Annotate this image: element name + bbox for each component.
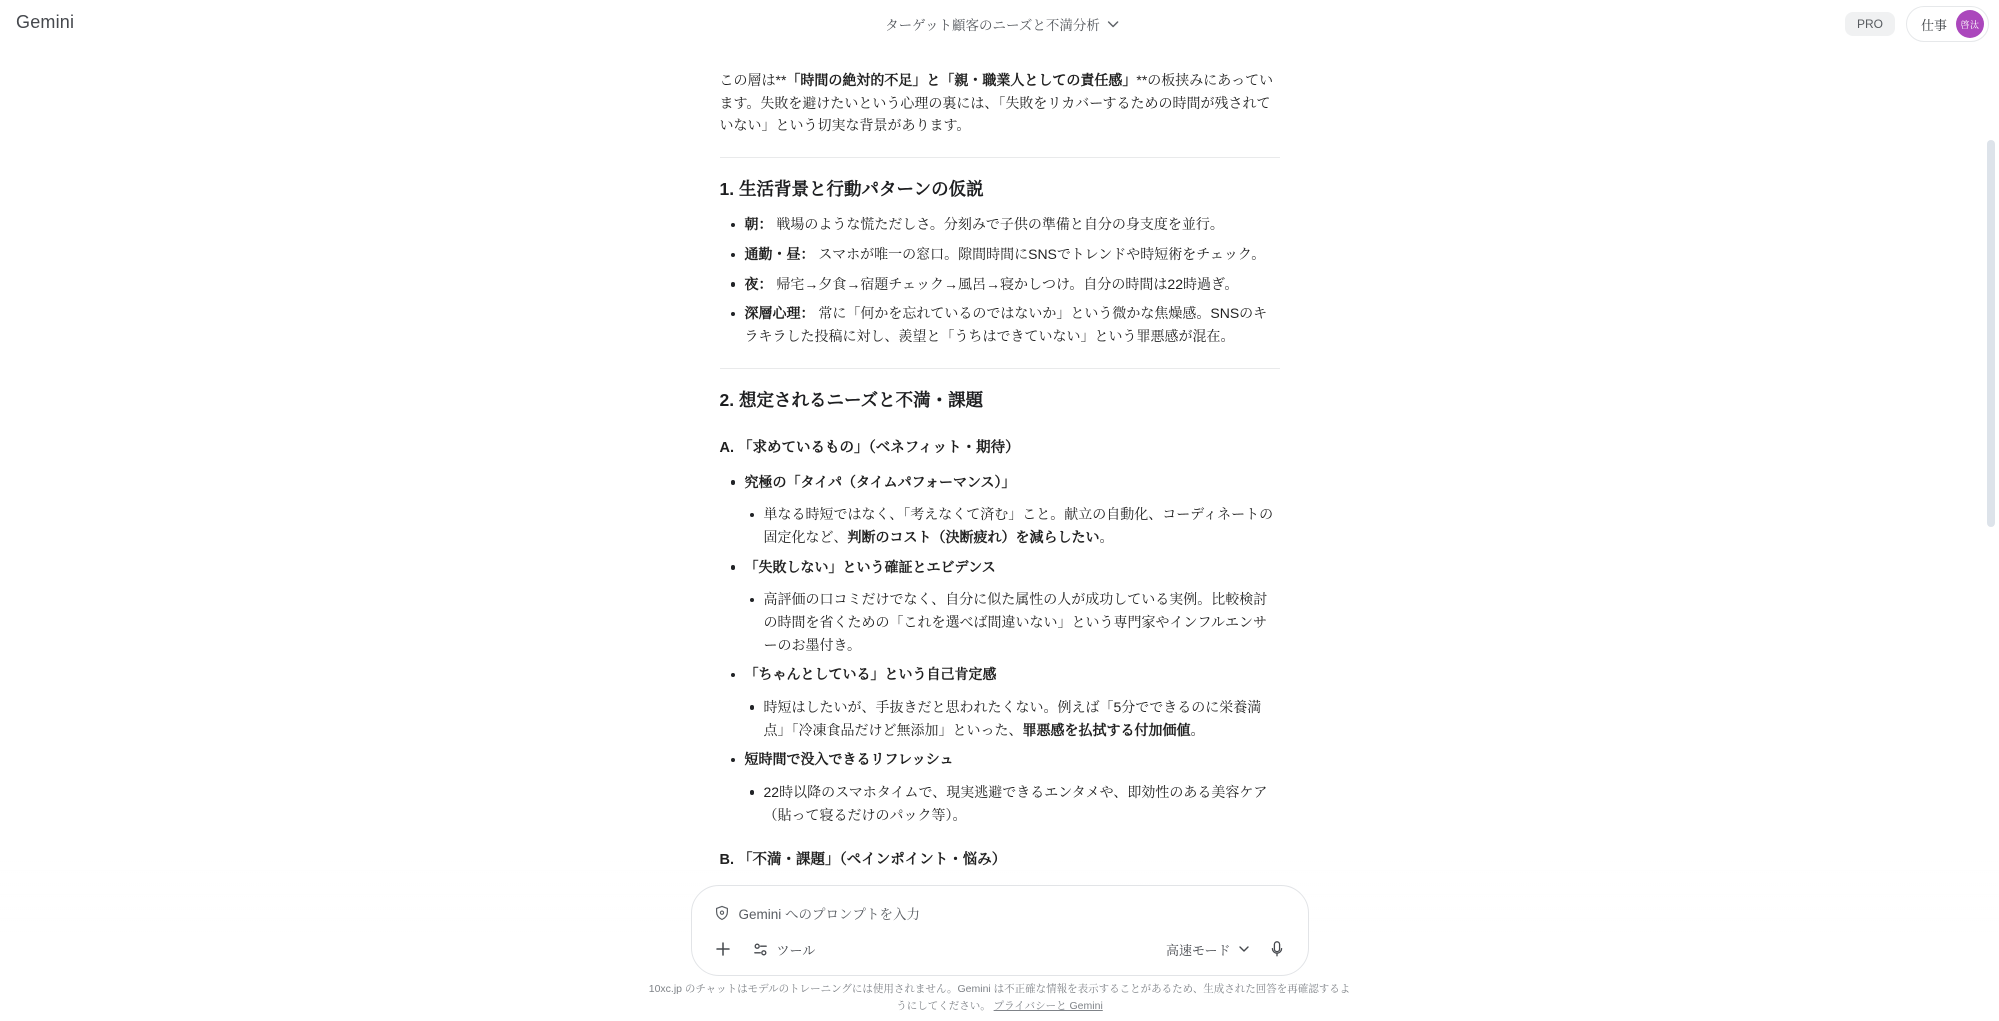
bold-text: 判断のコスト（決断疲れ）を減らしたい xyxy=(848,529,1100,545)
bold-text: 罪悪感を払拭する付加価値 xyxy=(1023,722,1191,738)
sub-bullet-list: 時短はしたいが、手抜きだと思われたくない。例えば「5分でできるのに栄養満点」「冷… xyxy=(745,696,1280,741)
sub-bullet-list: 高評価の口コミだけでなく、自分に似た属性の人が成功している実例。比較検討の時間を… xyxy=(745,588,1280,656)
sub-bullet-list: 単なる時短ではなく、「考えなくて済む」こと。献立の自動化、コーディネートの固定化… xyxy=(745,503,1280,548)
text-span: 。 xyxy=(1100,529,1114,545)
bullet-item: 夜： 帰宅→夕食→宿題チェック→風呂→寝かしつけ。自分の時間は22時過ぎ。 xyxy=(745,273,1280,296)
paragraph: この層は**「時間の絶対的不足」と「親・職業人としての責任感」**の板挟みにあっ… xyxy=(720,69,1280,137)
bold-text: 究極の「タイパ（タイムパフォーマンス）」 xyxy=(745,474,1016,490)
mic-button[interactable] xyxy=(1259,931,1295,967)
header-right-cluster: PRO 仕事 啓汰 xyxy=(1845,6,1989,42)
add-attachment-button[interactable] xyxy=(705,931,741,967)
chat-scroll-area[interactable]: この層は**「時間の絶対的不足」と「親・職業人としての責任感」**の板挟みにあっ… xyxy=(0,48,1999,1021)
text-span: 常に「何かを忘れているのではないか」という微かな焦燥感。SNSのキラキラした投稿… xyxy=(745,305,1268,344)
bold-text: 「失敗しない」という確証とエビデンス xyxy=(745,559,996,575)
bullet-item: 短時間で没入できるリフレッシュ22時以降のスマホタイムで、現実逃避できるエンタメ… xyxy=(745,748,1280,826)
sub-bullet-list: 22時以降のスマホタイムで、現実逃避できるエンタメや、即効性のある美容ケア（貼っ… xyxy=(745,781,1280,826)
section-divider xyxy=(720,157,1280,158)
bold-text: 「ちゃんとしている」という自己肯定感 xyxy=(745,666,997,682)
mode-selector[interactable]: 高速モード xyxy=(1156,932,1258,967)
gemini-logo: Gemini xyxy=(16,12,74,33)
bullet-item: 「ちゃんとしている」という自己肯定感時短はしたいが、手抜きだと思われたくない。例… xyxy=(745,663,1280,741)
bullet-item: 深層心理： 常に「何かを忘れているのではないか」という微かな焦燥感。SNSのキラ… xyxy=(745,302,1280,347)
subsection-heading: B. 「不満・課題」（ペインポイント・悩み） xyxy=(720,849,1280,872)
bold-text: 短時間で没入できるリフレッシュ xyxy=(745,751,954,767)
plus-icon xyxy=(714,940,732,958)
tools-button[interactable]: ツール xyxy=(741,932,827,967)
sub-bullet-item: 高評価の口コミだけでなく、自分に似た属性の人が成功している実例。比較検討の時間を… xyxy=(764,588,1280,656)
account-switcher[interactable]: 仕事 啓汰 xyxy=(1906,6,1989,42)
text-span: 高評価の口コミだけでなく、自分に似た属性の人が成功している実例。比較検討の時間を… xyxy=(764,591,1268,652)
bullet-item: 通勤・昼： スマホが唯一の窓口。隙間時間にSNSでトレンドや時短術をチェック。 xyxy=(745,243,1280,266)
bold-text: 朝： xyxy=(745,216,773,232)
section-divider xyxy=(720,368,1280,369)
avatar[interactable]: 啓汰 xyxy=(1956,10,1984,38)
sub-bullet-item: 22時以降のスマホタイムで、現実逃避できるエンタメや、即効性のある美容ケア（貼っ… xyxy=(764,781,1280,826)
bold-text: 深層心理： xyxy=(745,305,815,321)
bullet-item: 「失敗しない」という確証とエビデンス高評価の口コミだけでなく、自分に似た属性の人… xyxy=(745,556,1280,657)
subsection-heading: A. 「求めているもの」（ベネフィット・期待） xyxy=(720,437,1280,460)
sliders-icon xyxy=(752,941,769,958)
text-span: 。 xyxy=(1191,722,1205,738)
bullet-list: 朝： 戦場のような慌ただしさ。分刻みで子供の準備と自分の身支度を並行。通勤・昼：… xyxy=(720,213,1280,347)
sub-bullet-item: 単なる時短ではなく、「考えなくて済む」こと。献立の自動化、コーディネートの固定化… xyxy=(764,503,1280,548)
chevron-down-icon xyxy=(1239,946,1249,952)
bold-text: 「時間の絶対的不足」と「親・職業人としての責任感」 xyxy=(786,72,1136,88)
scrollbar-thumb[interactable] xyxy=(1987,140,1995,527)
bullet-item: 究極の「タイパ（タイムパフォーマンス）」単なる時短ではなく、「考えなくて済む」こ… xyxy=(745,471,1280,549)
pro-plan-badge: PRO xyxy=(1845,12,1895,36)
composer-toolbar: ツール 高速モード xyxy=(692,931,1308,967)
privacy-link[interactable]: プライバシーと Gemini xyxy=(994,1000,1103,1012)
bullet-list: 究極の「タイパ（タイムパフォーマンス）」単なる時短ではなく、「考えなくて済む」こ… xyxy=(720,471,1280,827)
section-heading: 1. 生活背景と行動パターンの仮説 xyxy=(720,175,1280,203)
prompt-composer[interactable]: Gemini へのプロンプトを入力 ツール 高速モード xyxy=(691,885,1309,976)
conversation-title-dropdown[interactable]: ターゲット顧客のニーズと不満分析 xyxy=(877,8,1127,40)
bullet-item: 朝： 戦場のような慌ただしさ。分刻みで子供の準備と自分の身支度を並行。 xyxy=(745,213,1280,236)
bold-text: 夜： xyxy=(745,276,773,292)
text-span: 戦場のような慌ただしさ。分刻みで子供の準備と自分の身支度を並行。 xyxy=(773,216,1224,232)
bold-text: 通勤・昼： xyxy=(745,246,815,262)
chevron-down-icon xyxy=(1108,21,1119,28)
shield-icon xyxy=(714,905,730,921)
assistant-response: この層は**「時間の絶対的不足」と「親・職業人としての責任感」**の板挟みにあっ… xyxy=(720,48,1280,961)
text-span: 帰宅→夕食→宿題チェック→風呂→寝かしつけ。自分の時間は22時過ぎ。 xyxy=(773,276,1239,292)
text-span: この層は** xyxy=(720,72,787,88)
tools-label: ツール xyxy=(777,940,816,959)
mic-icon xyxy=(1268,940,1286,958)
text-span: 22時以降のスマホタイムで、現実逃避できるエンタメや、即効性のある美容ケア（貼っ… xyxy=(764,784,1268,823)
conversation-title: ターゲット顧客のニーズと不満分析 xyxy=(885,14,1100,34)
top-bar: Gemini ターゲット顧客のニーズと不満分析 PRO 仕事 啓汰 xyxy=(0,0,1999,48)
sub-bullet-item: 時短はしたいが、手抜きだと思われたくない。例えば「5分でできるのに栄養満点」「冷… xyxy=(764,696,1280,741)
section-heading: 2. 想定されるニーズと不満・課題 xyxy=(720,386,1280,414)
prompt-input[interactable]: Gemini へのプロンプトを入力 xyxy=(692,886,1308,923)
prompt-placeholder: Gemini へのプロンプトを入力 xyxy=(739,903,921,923)
mode-label: 高速モード xyxy=(1166,940,1230,959)
text-span: スマホが唯一の窓口。隙間時間にSNSでトレンドや時短術をチェック。 xyxy=(815,246,1266,262)
profile-label: 仕事 xyxy=(1921,15,1947,34)
disclaimer-footer: 10xc.jp のチャットはモデルのトレーニングには使用されません。Gemini… xyxy=(0,981,1999,1015)
